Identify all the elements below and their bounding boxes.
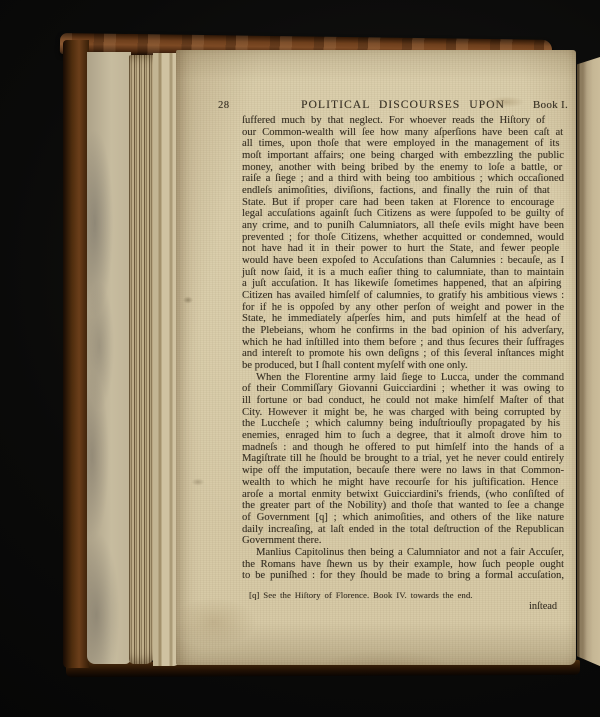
book-cover-left-edge: [63, 40, 89, 668]
text-line: prevented ; for thoſe Citizens, whether …: [242, 232, 564, 244]
text-line: and intereſt to promote his own deſigns …: [242, 348, 564, 360]
page-number: 28: [218, 100, 230, 111]
text-line: our Common-wealth will ſee how many aſpe…: [242, 127, 564, 139]
text-line: legal accuſations againſt ſuch Citizens …: [242, 208, 564, 220]
text-line: moſt important affairs; one being charge…: [242, 150, 564, 162]
text-line: Magiſtrate till he ſhould be brought to …: [242, 453, 564, 465]
text-line: State. But if proper care had been taken…: [242, 197, 564, 209]
page-header: 28 POLITICAL DISCOURSES UPON Book I.: [176, 98, 576, 113]
text-line: the Plebeians, whom he confirms in the b…: [242, 325, 564, 337]
catchword: inſtead: [529, 601, 557, 612]
footnote: [q] See the Hiſtory of Florence. Book IV…: [249, 590, 473, 600]
text-line: which he had inſtilled into them before …: [242, 337, 564, 349]
text-line: any crime, and to puniſh Calumniators, a…: [242, 220, 564, 232]
text-line: wealth to which he might have recourſe f…: [242, 477, 564, 489]
text-line: juſt now ſaid, it is a much eaſier thing…: [242, 267, 564, 279]
text-line: City. However it might be, he was charge…: [242, 407, 564, 419]
text-line: the Luccheſe ; which calumny being induſ…: [242, 418, 564, 430]
page-stack-edges: [129, 55, 155, 664]
text-line: endleſs animoſities, diviſions, factions…: [242, 185, 564, 197]
text-line: aroſe a mortal enmity betwixt Guicciardi…: [242, 489, 564, 501]
text-line: Citizen has availed himſelf of calumnies…: [242, 290, 564, 302]
text-line: ill fortune or bad conduct, he could not…: [242, 395, 564, 407]
text-line: of Government [q] ; which animoſities, a…: [242, 512, 564, 524]
text-line: enemies, enraged him to ſuch a degree, t…: [242, 430, 564, 442]
text-line: Government there.: [242, 535, 564, 547]
book-label: Book I.: [533, 99, 568, 111]
paragraph: When the Florentine army laid ſiege to L…: [242, 372, 564, 547]
text-line: wipe off the imputation, becauſe there w…: [242, 465, 564, 477]
text-line: When the Florentine army laid ſiege to L…: [242, 372, 564, 384]
text-line: would have been expoſed to Accuſations t…: [242, 255, 564, 267]
text-line: for if he is oppoſed by any other perſon…: [242, 302, 564, 314]
text-line: raiſe a ſiege ; and a third with being t…: [242, 173, 564, 185]
text-line: the greater part of the Nobility) and th…: [242, 500, 564, 512]
text-line: all times, upon thoſe that were employed…: [242, 138, 564, 150]
adjacent-page-edge: [577, 57, 600, 671]
paragraph: Manlius Capitolinus then being a Calumni…: [242, 547, 564, 582]
text-line: madneſs : and though he offered to put h…: [242, 442, 564, 454]
text-line: money, another with being bribed by the …: [242, 162, 564, 174]
text-block: ſuffered much by that neglect. For whoev…: [242, 115, 564, 582]
text-line: of their Commiſſary Giovanni Guicciardin…: [242, 383, 564, 395]
text-line: not have had it in their power to hurt t…: [242, 243, 564, 255]
endpaper-edge: [87, 52, 131, 664]
text-line: Manlius Capitolinus then being a Calumni…: [242, 547, 564, 559]
paragraph: ſuffered much by that neglect. For whoev…: [242, 115, 564, 372]
text-line: the Romans have ſhewn us by their exampl…: [242, 559, 564, 571]
text-line: State, he immediately aſperſes him, and …: [242, 313, 564, 325]
book-page: 28 POLITICAL DISCOURSES UPON Book I. ſuf…: [176, 50, 576, 665]
text-line: daily increaſing, at laſt ended in the t…: [242, 524, 564, 536]
text-line: a juſt accuſation. It has likewiſe ſomet…: [242, 278, 564, 290]
text-line: be produced, but I ſhall content myſelf …: [242, 360, 564, 372]
text-line: to be puniſhed : for they ſhould be made…: [242, 570, 564, 582]
running-title: POLITICAL DISCOURSES UPON: [242, 98, 564, 111]
book-scan: 28 POLITICAL DISCOURSES UPON Book I. ſuf…: [0, 0, 600, 717]
text-line: ſuffered much by that neglect. For whoev…: [242, 115, 564, 127]
